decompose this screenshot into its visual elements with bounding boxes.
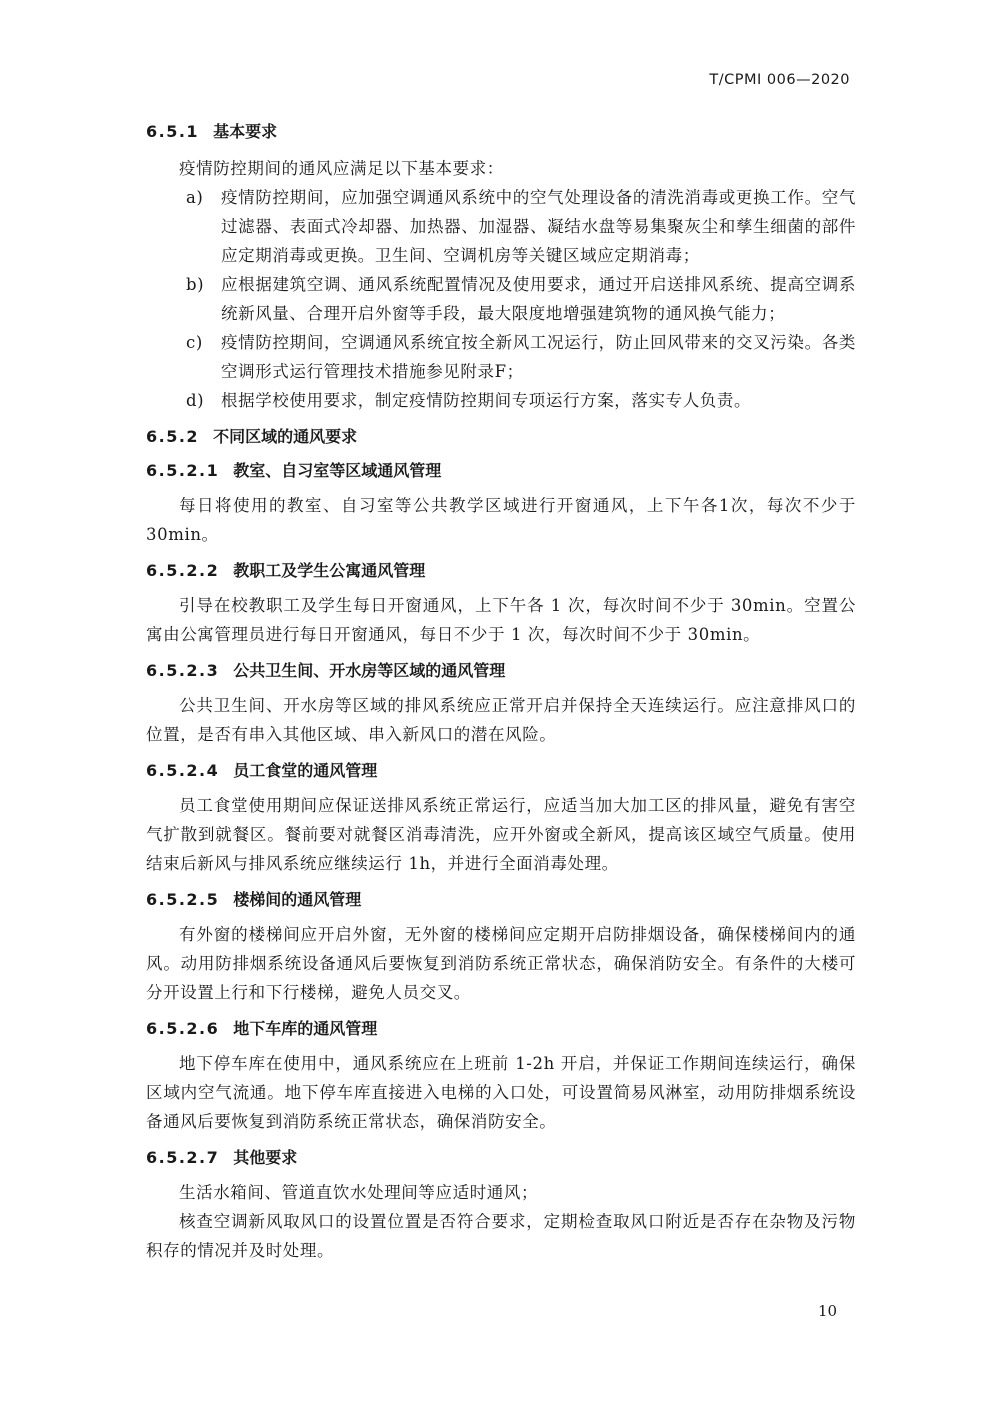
list-marker: d)	[186, 386, 204, 415]
document-code: T/CPMI 006—2020	[709, 72, 850, 88]
section-title: 教室、自习室等区域通风管理	[233, 461, 441, 480]
section-number: 6.5.2	[146, 425, 199, 449]
heading-6-5-1: 6.5.1基本要求	[146, 120, 856, 144]
heading-6-5-2-3: 6.5.2.3公共卫生间、开水房等区域的通风管理	[146, 659, 856, 683]
heading-6-5-2-2: 6.5.2.2教职工及学生公寓通风管理	[146, 559, 856, 583]
list-item-text: 根据学校使用要求，制定疫情防控期间专项运行方案，落实专人负责。	[221, 391, 751, 410]
list-marker: b)	[186, 270, 204, 299]
list-item: a)疫情防控期间，应加强空调通风系统中的空气处理设备的清洗消毒或更换工作。空气过…	[146, 183, 856, 270]
section-title: 地下车库的通风管理	[233, 1019, 377, 1038]
paragraph: 生活水箱间、管道直饮水处理间等应适时通风；	[146, 1178, 856, 1207]
paragraph: 公共卫生间、开水房等区域的排风系统应正常开启并保持全天连续运行。应注意排风口的位…	[146, 691, 856, 749]
section-title: 其他要求	[233, 1148, 297, 1167]
heading-6-5-2-6: 6.5.2.6地下车库的通风管理	[146, 1017, 856, 1041]
section-number: 6.5.2.4	[146, 759, 219, 783]
section-title: 教职工及学生公寓通风管理	[233, 561, 425, 580]
heading-6-5-2-7: 6.5.2.7其他要求	[146, 1146, 856, 1170]
heading-6-5-2-5: 6.5.2.5楼梯间的通风管理	[146, 888, 856, 912]
section-title: 员工食堂的通风管理	[233, 761, 377, 780]
paragraph: 核查空调新风取风口的设置位置是否符合要求，定期检查取风口附近是否存在杂物及污物积…	[146, 1207, 856, 1265]
heading-6-5-2: 6.5.2不同区域的通风要求	[146, 425, 856, 449]
section-number: 6.5.2.2	[146, 559, 219, 583]
list-item-text: 疫情防控期间，空调通风系统宜按全新风工况运行，防止回风带来的交叉污染。各类空调形…	[221, 333, 856, 381]
heading-6-5-2-1: 6.5.2.1教室、自习室等区域通风管理	[146, 459, 856, 483]
page-number: 10	[818, 1302, 837, 1320]
heading-6-5-2-4: 6.5.2.4员工食堂的通风管理	[146, 759, 856, 783]
section-number: 6.5.2.1	[146, 459, 219, 483]
requirements-list: a)疫情防控期间，应加强空调通风系统中的空气处理设备的清洗消毒或更换工作。空气过…	[146, 183, 856, 415]
document-content: 6.5.1基本要求 疫情防控期间的通风应满足以下基本要求： a)疫情防控期间，应…	[146, 120, 856, 1265]
list-item: b)应根据建筑空调、通风系统配置情况及使用要求，通过开启送排风系统、提高空调系统…	[146, 270, 856, 328]
section-number: 6.5.2.5	[146, 888, 219, 912]
list-item: c)疫情防控期间，空调通风系统宜按全新风工况运行，防止回风带来的交叉污染。各类空…	[146, 328, 856, 386]
paragraph: 引导在校教职工及学生每日开窗通风，上下午各 1 次，每次时间不少于 30min。…	[146, 591, 856, 649]
section-number: 6.5.2.7	[146, 1146, 219, 1170]
section-title: 不同区域的通风要求	[213, 427, 357, 446]
paragraph: 每日将使用的教室、自习室等公共教学区域进行开窗通风，上下午各1次，每次不少于30…	[146, 491, 856, 549]
list-marker: c)	[186, 328, 203, 357]
paragraph: 有外窗的楼梯间应开启外窗，无外窗的楼梯间应定期开启防排烟设备，确保楼梯间内的通风…	[146, 920, 856, 1007]
section-number: 6.5.2.3	[146, 659, 219, 683]
section-title: 基本要求	[213, 122, 277, 141]
section-number: 6.5.1	[146, 120, 199, 144]
paragraph-intro: 疫情防控期间的通风应满足以下基本要求：	[146, 154, 856, 183]
list-marker: a)	[186, 183, 203, 212]
paragraph: 员工食堂使用期间应保证送排风系统正常运行，应适当加大加工区的排风量，避免有害空气…	[146, 791, 856, 878]
paragraph: 地下停车库在使用中，通风系统应在上班前 1-2h 开启，并保证工作期间连续运行，…	[146, 1049, 856, 1136]
list-item-text: 应根据建筑空调、通风系统配置情况及使用要求，通过开启送排风系统、提高空调系统新风…	[221, 275, 856, 323]
section-number: 6.5.2.6	[146, 1017, 219, 1041]
section-title: 楼梯间的通风管理	[233, 890, 361, 909]
list-item-text: 疫情防控期间，应加强空调通风系统中的空气处理设备的清洗消毒或更换工作。空气过滤器…	[221, 188, 856, 265]
document-page: T/CPMI 006—2020 6.5.1基本要求 疫情防控期间的通风应满足以下…	[0, 0, 1000, 1415]
list-item: d)根据学校使用要求，制定疫情防控期间专项运行方案，落实专人负责。	[146, 386, 856, 415]
section-title: 公共卫生间、开水房等区域的通风管理	[233, 661, 505, 680]
